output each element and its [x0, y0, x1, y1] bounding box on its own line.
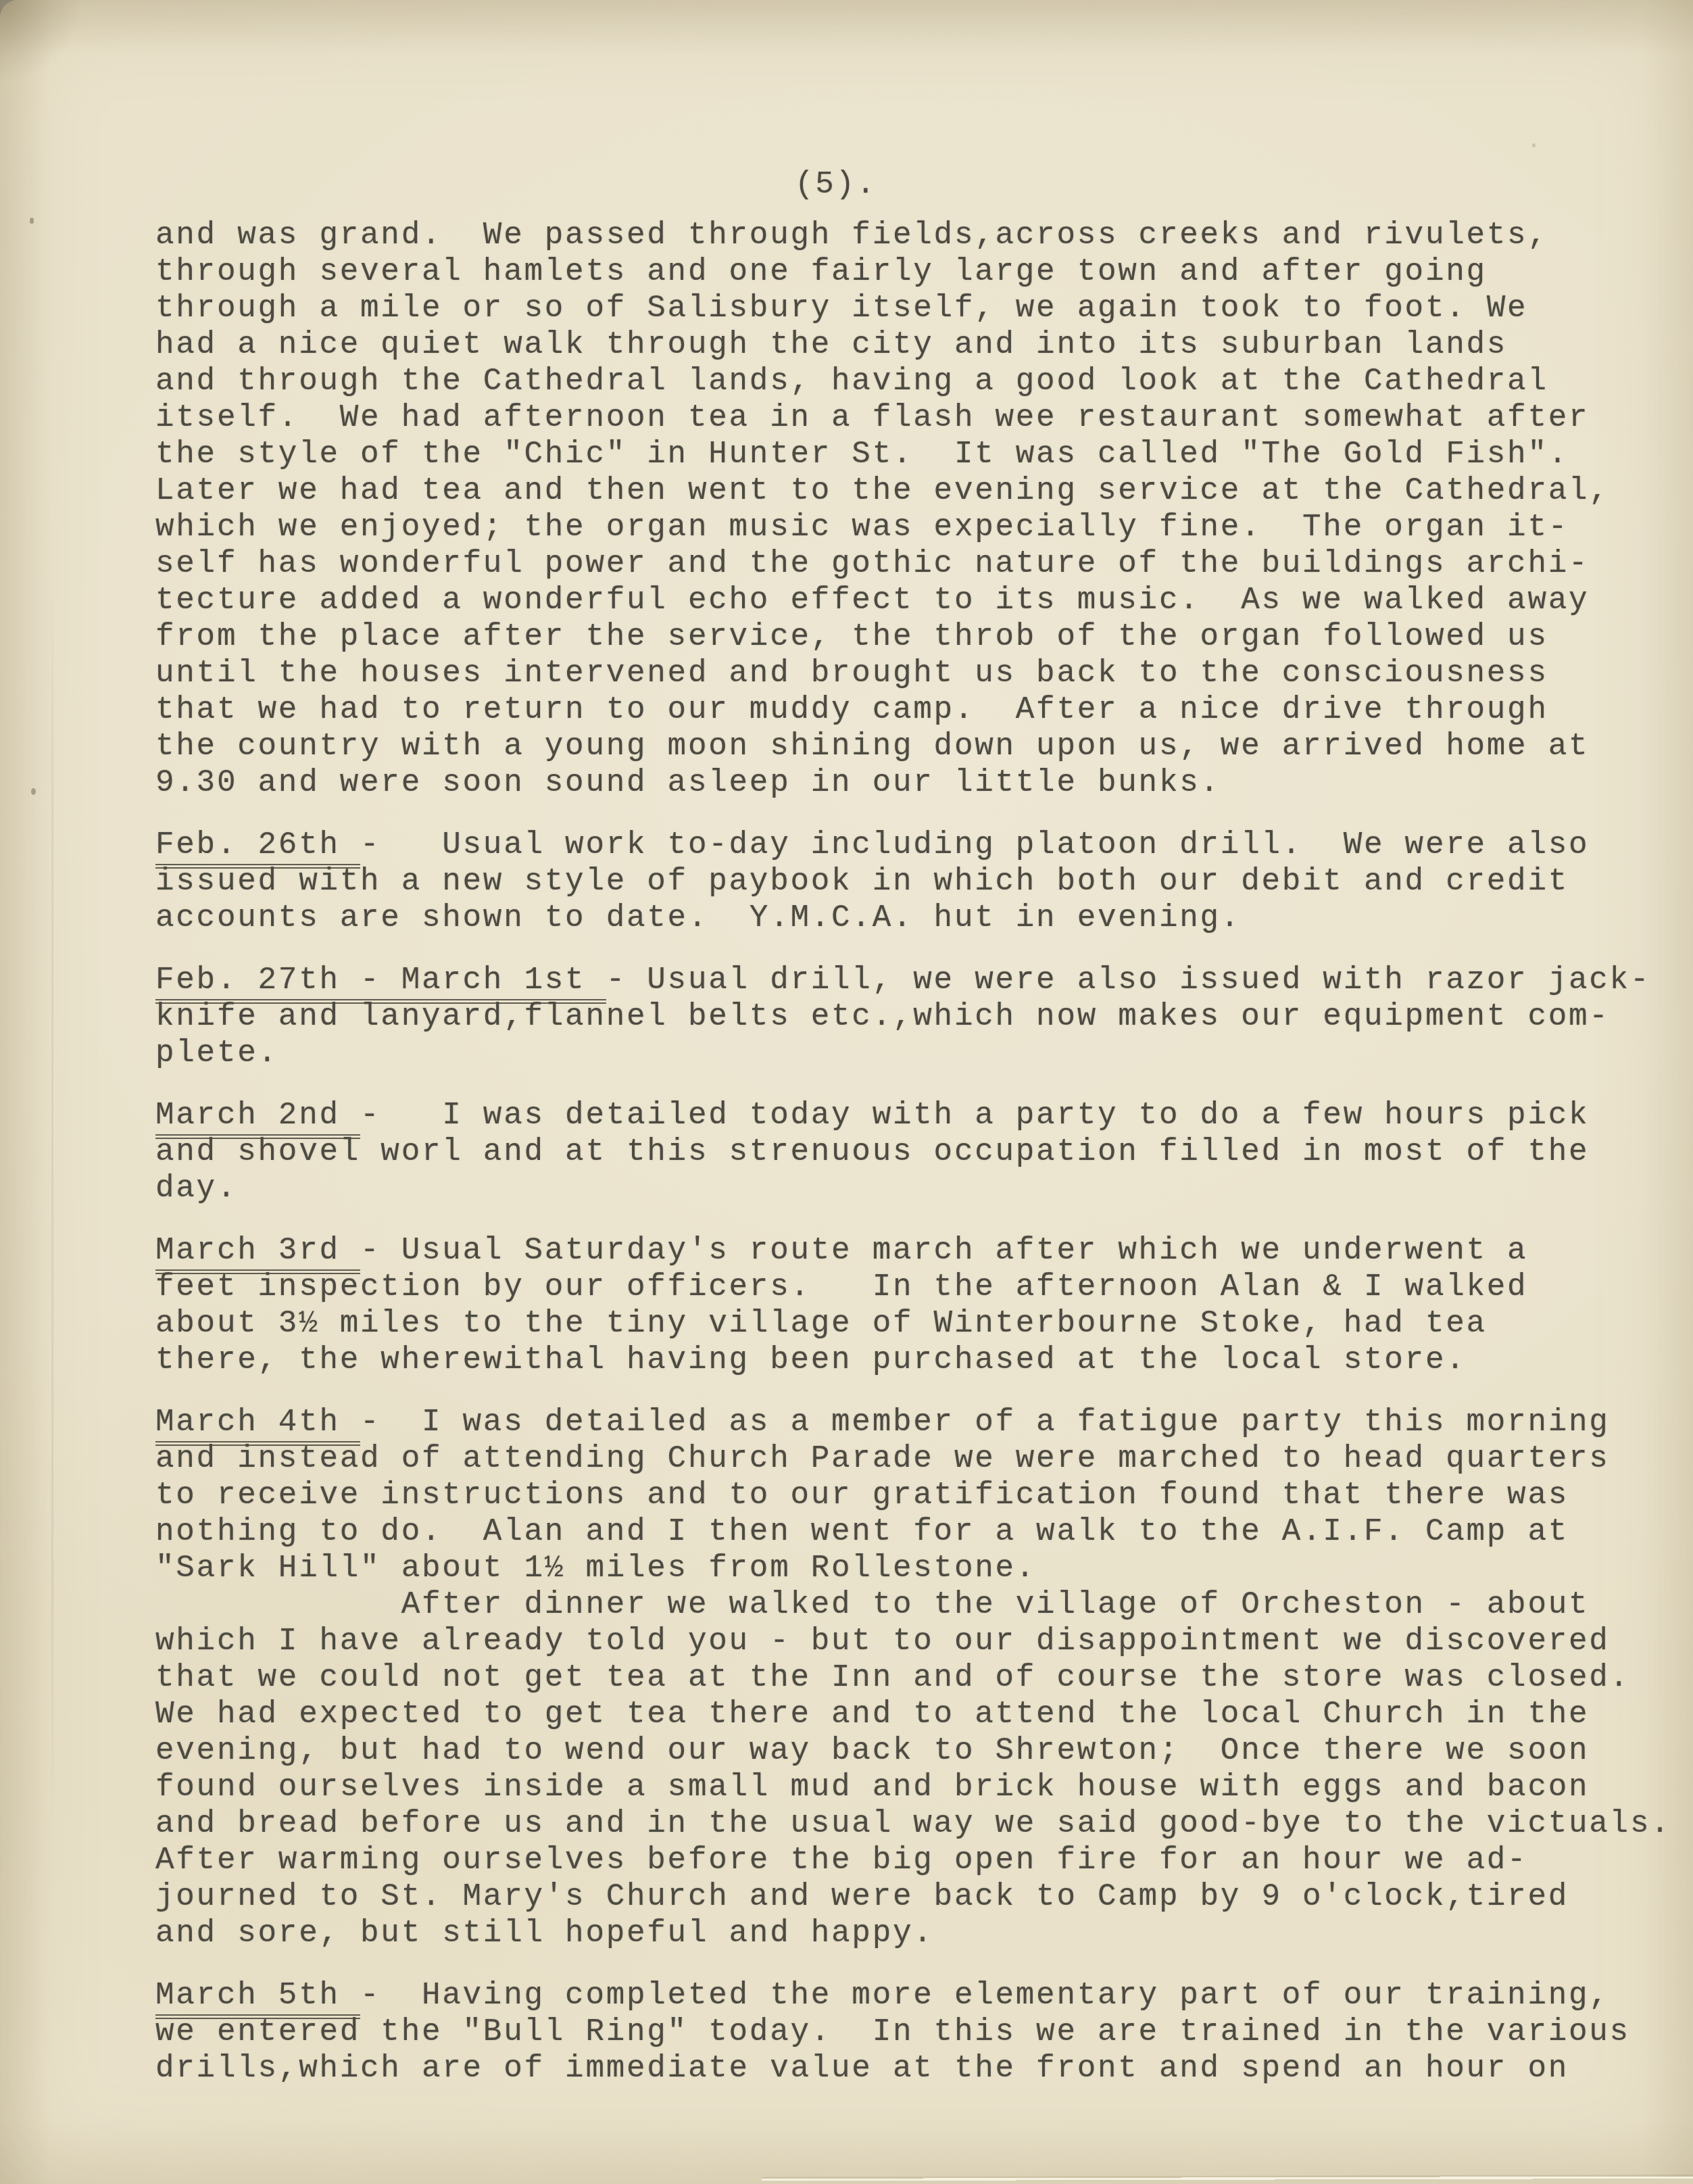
letter-paragraph: and was grand. We passed through fields,…: [155, 217, 1693, 801]
text-line: day.: [155, 1170, 1693, 1207]
text-line: self has wonderful power and the gothic …: [155, 545, 1693, 582]
text-line: until the houses intervened and brought …: [155, 655, 1693, 691]
text-line: there, the wherewithal having been purch…: [155, 1342, 1693, 1378]
text-line: March 2nd - I was detailed today with a …: [155, 1097, 1693, 1134]
diary-entry: Feb. 27th - March 1st - Usual drill, we …: [155, 962, 1693, 1071]
text-line: March 4th - I was detailed as a member o…: [155, 1404, 1693, 1440]
entry-date: Feb. 26th: [155, 827, 360, 869]
entry-date: March 3rd: [155, 1233, 360, 1274]
page-number: (5).: [795, 166, 877, 203]
text-line: found ourselves inside a small mud and b…: [155, 1769, 1693, 1805]
text-line: After warming ourselves before the big o…: [155, 1842, 1693, 1878]
text-line: nothing to do. Alan and I then went for …: [155, 1513, 1693, 1550]
document-body: and was grand. We passed through fields,…: [155, 217, 1693, 2087]
text-line: to receive instructions and to our grati…: [155, 1477, 1693, 1513]
text-line: and sore, but still hopeful and happy.: [155, 1915, 1693, 1951]
text-line: about 3½ miles to the tiny village of Wi…: [155, 1305, 1693, 1342]
page-bottom-edge: [762, 2175, 1693, 2184]
text-line: itself. We had afternoon tea in a flash …: [155, 399, 1693, 436]
text-line: and instead of attending Church Parade w…: [155, 1440, 1693, 1477]
page-corner-shade: [0, 0, 95, 95]
text-line: through several hamlets and one fairly l…: [155, 253, 1693, 290]
entry-date: March 5th: [155, 1978, 360, 2019]
text-line: Later we had tea and then went to the ev…: [155, 472, 1693, 509]
paper-crease: [51, 575, 53, 1825]
text-line: issued with a new style of paybook in wh…: [155, 863, 1693, 900]
text-line: that we could not get tea at the Inn and…: [155, 1659, 1693, 1696]
text-line: we entered the "Bull Ring" today. In thi…: [155, 2014, 1693, 2050]
entry-date: March 2nd: [155, 1098, 360, 1139]
diary-entry: March 2nd - I was detailed today with a …: [155, 1097, 1693, 1207]
diary-entry: March 3rd - Usual Saturday's route march…: [155, 1232, 1693, 1378]
paper-speck: [30, 218, 34, 224]
text-line: and shovel worl and at this strenuous oc…: [155, 1134, 1693, 1170]
text-line: 9.30 and were soon sound asleep in our l…: [155, 765, 1693, 801]
text-line: accounts are shown to date. Y.M.C.A. hut…: [155, 900, 1693, 936]
text-line: and bread before us and in the usual way…: [155, 1805, 1693, 1842]
text-line: plete.: [155, 1035, 1693, 1071]
paper-speck: [1532, 143, 1536, 147]
entry-date: March 4th: [155, 1405, 360, 1446]
text-line: that we had to return to our muddy camp.…: [155, 691, 1693, 728]
text-line: and through the Cathedral lands, having …: [155, 363, 1693, 399]
text-line: journed to St. Mary's Church and were ba…: [155, 1878, 1693, 1915]
text-line: through a mile or so of Salisbury itself…: [155, 290, 1693, 326]
text-line: and was grand. We passed through fields,…: [155, 217, 1693, 253]
text-line: which we enjoyed; the organ music was ex…: [155, 509, 1693, 545]
text-line: evening, but had to wend our way back to…: [155, 1732, 1693, 1769]
diary-entry: March 4th - I was detailed as a member o…: [155, 1404, 1693, 1951]
text-line: knife and lanyard,flannel belts etc.,whi…: [155, 998, 1693, 1035]
text-line: drills,which are of immediate value at t…: [155, 2050, 1693, 2087]
text-line: the country with a young moon shining do…: [155, 728, 1693, 765]
text-line: Feb. 26th - Usual work to-day including …: [155, 827, 1693, 863]
text-line: "Sark Hill" about 1½ miles from Rollesto…: [155, 1550, 1693, 1586]
text-line: feet inspection by our officers. In the …: [155, 1269, 1693, 1305]
paper-speck: [31, 788, 36, 795]
text-line: March 3rd - Usual Saturday's route march…: [155, 1232, 1693, 1269]
diary-entry: Feb. 26th - Usual work to-day including …: [155, 827, 1693, 936]
text-line: tecture added a wonderful echo effect to…: [155, 582, 1693, 618]
text-line: the style of the "Chic" in Hunter St. It…: [155, 436, 1693, 472]
text-line: March 5th - Having completed the more el…: [155, 1977, 1693, 2014]
text-line: had a nice quiet walk through the city a…: [155, 326, 1693, 363]
scanned-page: (5). and was grand. We passed through fi…: [0, 0, 1693, 2184]
text-line: which I have already told you - but to o…: [155, 1623, 1693, 1659]
text-line: from the place after the service, the th…: [155, 618, 1693, 655]
text-line: We had expected to get tea there and to …: [155, 1696, 1693, 1732]
diary-entry: March 5th - Having completed the more el…: [155, 1977, 1693, 2087]
text-line: Feb. 27th - March 1st - Usual drill, we …: [155, 962, 1693, 998]
entry-date: Feb. 27th - March 1st: [155, 963, 606, 1004]
text-line: After dinner we walked to the village of…: [155, 1586, 1693, 1623]
